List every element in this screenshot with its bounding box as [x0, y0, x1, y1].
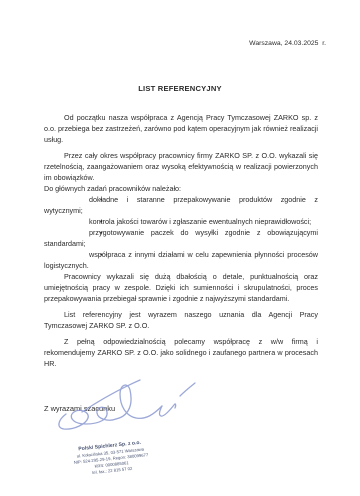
task-item-text: przygotowywanie paczek do wysyłki zgodni…	[44, 228, 318, 248]
paragraph-cooperation: Przez cały okres współpracy pracownicy f…	[44, 150, 318, 183]
task-item-text: współpraca z innymi działami w celu zape…	[44, 250, 318, 270]
task-item-text: dokładne i staranne przepakowywanie prod…	[44, 195, 318, 215]
company-stamp: Polski Spichlerz Sp. z o.o. ul. Kołacińs…	[45, 437, 177, 480]
tasks-lead: Do głównych zadań pracowników należało:	[44, 183, 318, 194]
paragraph-recommendation: Z pełną odpowiedzialnością polecamy wspó…	[44, 336, 318, 369]
paragraph-intro: Od początku nasza współpraca z Agencją P…	[44, 112, 318, 145]
task-item-text: kontrola jakości towarów i zgłaszanie ew…	[89, 217, 311, 226]
task-item: •przygotowywanie paczek do wysyłki zgodn…	[44, 227, 318, 249]
paragraph-qualities: Pracownicy wykazali się dużą dbałością o…	[44, 271, 318, 304]
bullet-icon: •	[72, 227, 76, 238]
task-item: •dokładne i staranne przepakowywanie pro…	[44, 194, 318, 216]
task-item: •współpraca z innymi działami w celu zap…	[44, 249, 318, 271]
bullet-icon: •	[72, 249, 76, 260]
bullet-icon: •	[72, 216, 76, 227]
closing-salutation: Z wyrazami szacunku	[44, 404, 115, 413]
task-item: •kontrola jakości towarów i zgłaszanie e…	[44, 216, 318, 227]
paragraph-recognition: List referencyjny jest wyrazem naszego u…	[44, 309, 318, 331]
page-title: LIST REFERENCYJNY	[0, 84, 360, 93]
letter-body: Od początku nasza współpraca z Agencją P…	[44, 112, 318, 369]
city-date: Warszawa, 24.03.2025 r.	[249, 40, 326, 47]
bullet-icon: •	[72, 194, 76, 205]
reference-letter-page: Warszawa, 24.03.2025 r. LIST REFERENCYJN…	[0, 0, 360, 496]
